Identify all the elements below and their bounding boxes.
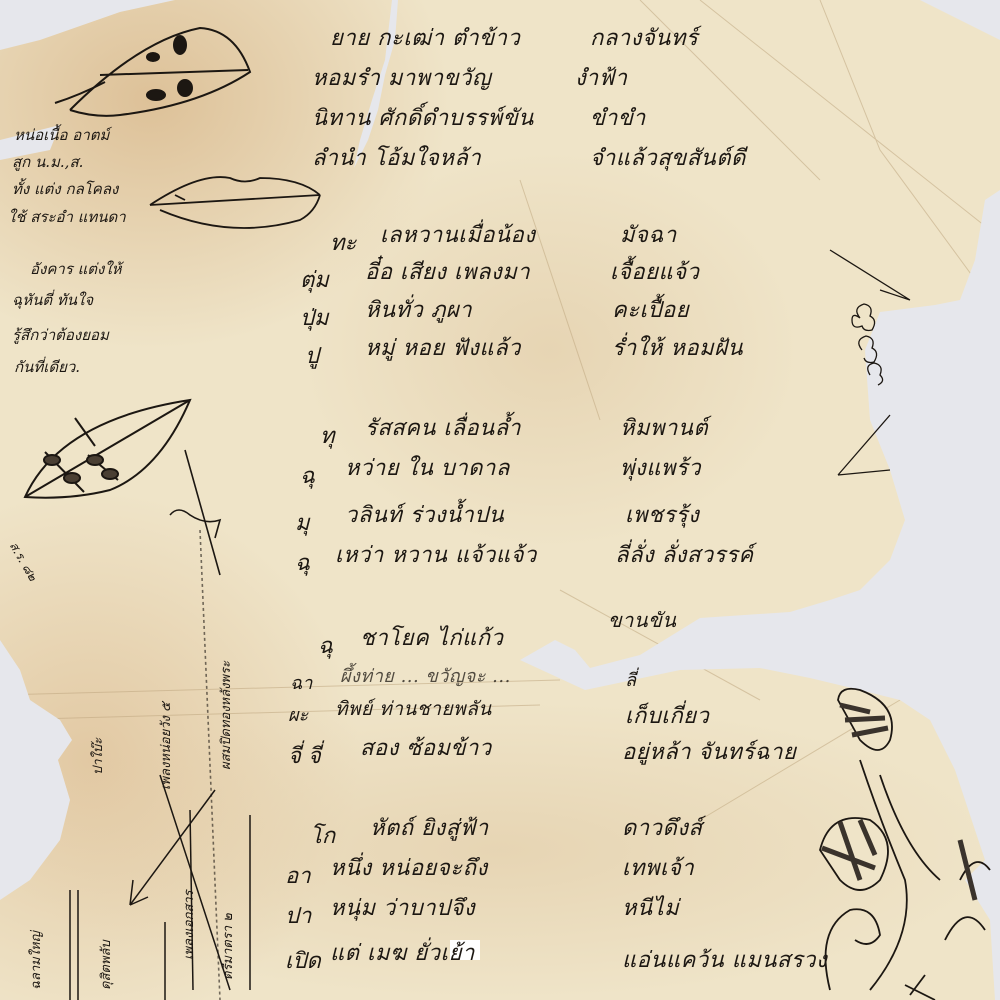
margin-note: หน่อเนื้อ อาตม์ — [14, 128, 109, 143]
vertical-note: ตรีมาตรา ๒ — [222, 913, 235, 980]
verse-line-end: ร่ำให้ หอมฝัน — [612, 338, 743, 360]
vertical-note: ฉลามใหญ่ — [30, 931, 43, 990]
verse-lead: ตุ่ม — [300, 262, 329, 297]
verse-line: หนุ่ม ว่าบาปจึง — [330, 898, 475, 920]
verse-line: หินทั่ว ภูผา — [365, 300, 472, 322]
vertical-note: ผสมปิดทองหลังพระ — [220, 661, 233, 770]
verse-line-end: งำฟ้า — [575, 68, 628, 90]
verse-line-end: เจื้อยแจ้ว — [610, 262, 699, 284]
verse-line-end: อยู่หล้า จันทร์ฉาย — [622, 742, 796, 764]
verse-line-end: กลางจันทร์ — [590, 28, 698, 50]
margin-note: ฉุหันตี่ ทันใจ — [12, 293, 93, 308]
verse-lead: ปา — [285, 898, 311, 933]
verse-line-end: จำแล้วสุขสันต์ดี — [590, 148, 746, 170]
verse-line-end: ขำขำ — [590, 108, 646, 130]
verse-line: หว่าย ใน บาดาล — [345, 458, 510, 480]
verse-line-end: เทพเจ้า — [622, 858, 694, 880]
verse-line: แต่ เมฆ ยั่วเย้า — [330, 943, 475, 965]
verse-line: เลหวานเมื่อน้อง — [380, 225, 535, 247]
verse-line-end: ลี่ลั่ง ลั่งสวรรค์ — [615, 545, 754, 567]
verse-lead: จี่ จี่ — [288, 738, 321, 773]
margin-note: กันที่เดียว. — [14, 360, 80, 375]
verse-line-end: คะเปื้อย — [612, 300, 689, 322]
verse-lead: อา — [285, 858, 311, 893]
verse-line: หัตถ์ ยิงสู่ฟ้า — [370, 818, 489, 840]
verse-line: ลำนำ โอ้มใจหล้า — [312, 148, 481, 170]
vertical-note: ดุสิตพลับ — [100, 940, 113, 990]
verse-line: ชาโยค ไก่แก้ว — [360, 628, 503, 650]
verse-lead: ทะ — [330, 225, 356, 260]
margin-note: สูก น.ม.,ส. — [12, 155, 83, 170]
vertical-note: ปาใบ๊ะ — [92, 738, 105, 775]
margin-note: อังคาร แต่งให้ — [30, 262, 122, 277]
verse-line: ทิพย์ ท่านชายพลัน — [335, 700, 492, 719]
verse-lead: ฉุ — [318, 628, 333, 663]
margin-note: ทั้ง แต่ง กลโคลง — [12, 182, 118, 197]
verse-line: ผึ้งท่าย ... ขวัญจะ ... — [340, 668, 511, 686]
verse-line: หอมรำ มาพาขวัญ — [312, 68, 491, 90]
verse-line: รัสสคน เลื่อนล้ำ — [365, 418, 521, 440]
verse-line-end: มัจฉา — [620, 225, 677, 247]
verse-line: ยาย กะเฒ่า ตำข้าว — [330, 28, 520, 50]
verse-line: วลินท์ ร่วงน้ำปน — [345, 505, 504, 527]
verse-line-end: พุ่งแพร้ว — [620, 458, 701, 480]
verse-line: หนึ่ง หน่อยจะถึง — [330, 858, 488, 880]
manuscript-paper — [0, 0, 1000, 1000]
verse-lead: ปุ่ม — [300, 300, 328, 335]
verse-lead: ฉุ — [295, 545, 310, 580]
verse-lead: ปู — [305, 338, 319, 373]
verse-line-end: ดาวดึงส์ — [622, 818, 702, 840]
vertical-note: เพลงหน่อยวัง ๕ — [160, 702, 173, 790]
verse-line: เหว่า หวาน แจ้วแจ้ว — [335, 545, 537, 567]
verse-lead: โก — [310, 818, 335, 853]
verse-lead: ทุ — [320, 418, 335, 453]
verse-line-end: หิมพานต์ — [620, 418, 708, 440]
verse-lead: มุ — [295, 505, 310, 540]
verse-line-end: ลี่ — [625, 672, 637, 690]
verse-lead: ฉา — [290, 668, 312, 697]
verse-lead: ฉุ — [300, 458, 315, 493]
verse-lead: เปิด — [285, 943, 321, 978]
verse-line: หมู่ หอย ฟังแล้ว — [365, 338, 521, 360]
verse-lead: ผะ — [288, 700, 308, 729]
verse-line-end: หนีไม่ — [622, 898, 679, 920]
verse-line-end: เก็บเกี่ยว — [625, 706, 709, 728]
margin-note: ใช้ สระอำ แทนดา — [8, 210, 126, 225]
verse-line-end: เพชรรุ้ง — [625, 505, 699, 527]
verse-line: นิทาน ศักดิ์ดำบรรพ์ขัน — [312, 108, 534, 130]
verse-line: สอง ซ้อมข้าว — [360, 738, 492, 760]
verse-line-end: ขานขัน — [608, 610, 676, 630]
vertical-note: เพลงเอกสาร — [183, 890, 196, 960]
margin-note: รู้สึกว่าต้องยอม — [12, 328, 109, 343]
verse-line: อี๋อ เสียง เพลงมา — [365, 262, 530, 284]
verse-line-end: แอ่นแคว้น แมนสรวง — [622, 950, 827, 972]
